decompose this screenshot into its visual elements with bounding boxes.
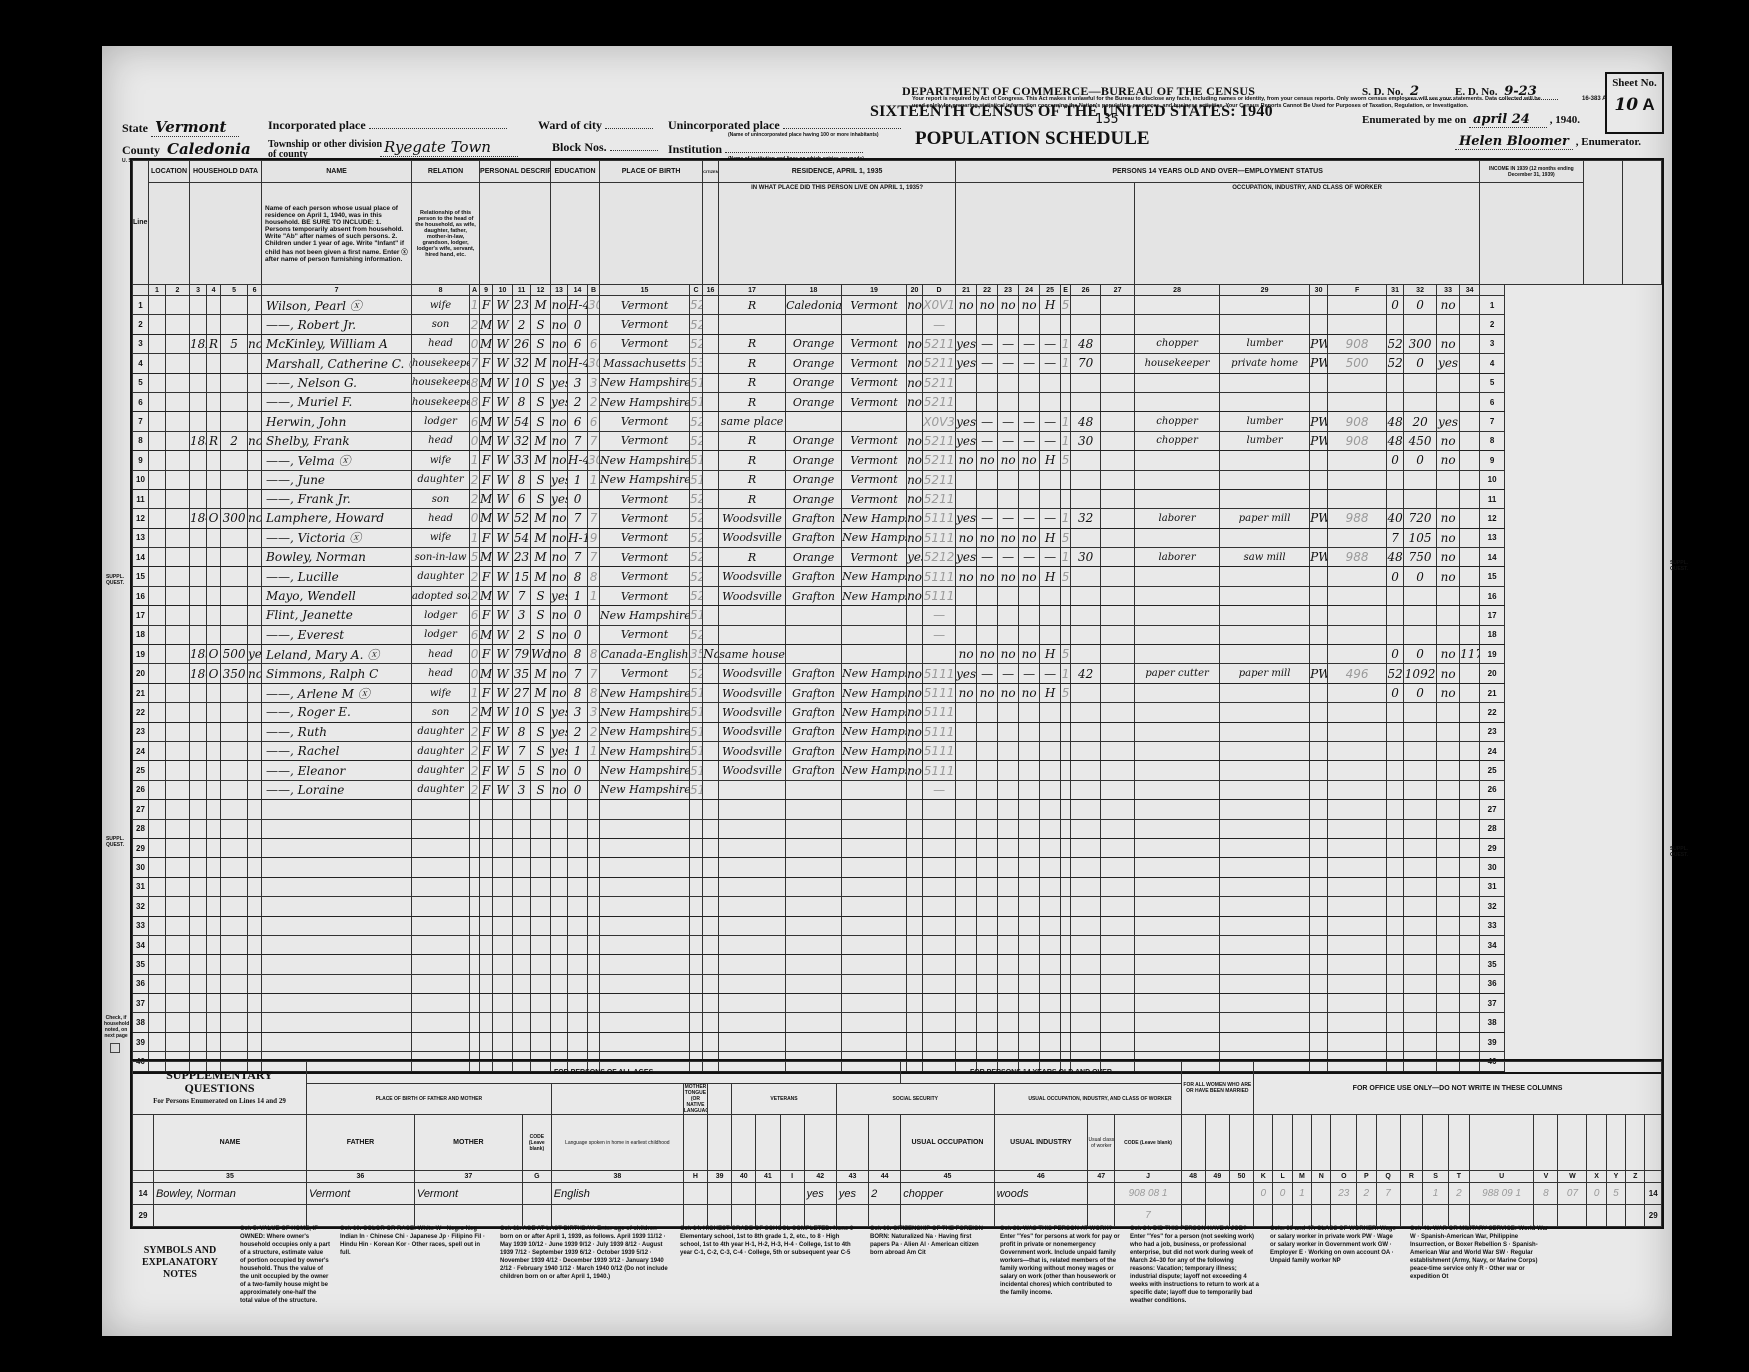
supp-cell-c40[interactable]	[732, 1183, 756, 1205]
cell-c23[interactable]	[998, 489, 1019, 508]
cell-frm[interactable]	[248, 451, 262, 470]
cell-farm[interactable]	[907, 645, 923, 664]
cell-d[interactable]: 5212	[923, 548, 956, 567]
cell-ms[interactable]: S	[531, 334, 551, 353]
cell-cit[interactable]	[703, 664, 719, 683]
cell-state[interactable]: New Hampshire	[842, 703, 907, 722]
cell-sex[interactable]: M	[480, 548, 493, 567]
cell-e[interactable]: 1	[1061, 412, 1071, 431]
cell-rel[interactable]	[412, 916, 470, 935]
cell-c21[interactable]	[956, 897, 977, 916]
cell-wg[interactable]	[1404, 974, 1437, 993]
cell-house[interactable]	[166, 606, 190, 625]
cell-county[interactable]	[786, 858, 842, 877]
cell-city[interactable]	[719, 955, 786, 974]
cell-a[interactable]	[470, 935, 480, 954]
cell-occ[interactable]	[1135, 1032, 1220, 1051]
cell-race[interactable]: W	[493, 354, 513, 373]
cell-a[interactable]: 2	[470, 703, 480, 722]
cell-c[interactable]	[690, 877, 703, 896]
cell-hh[interactable]	[190, 838, 207, 857]
cell-cit[interactable]	[703, 877, 719, 896]
supp-cell-k[interactable]	[1254, 1205, 1273, 1227]
cell-house[interactable]	[166, 722, 190, 741]
cell-b[interactable]: 8	[588, 645, 600, 664]
cell-sex[interactable]	[480, 838, 493, 857]
cell-c24[interactable]: —	[1019, 431, 1040, 450]
cell-state[interactable]	[842, 1013, 907, 1032]
cell-name[interactable]: Flint, Jeanette	[262, 606, 412, 625]
supp-cell-n[interactable]	[1312, 1183, 1331, 1205]
supp-cell-p[interactable]	[1357, 1205, 1376, 1227]
cell-d[interactable]: 5111	[923, 683, 956, 702]
cell-d[interactable]: —	[923, 780, 956, 799]
cell-hrs[interactable]: 32	[1071, 509, 1101, 528]
cell-name[interactable]: Herwin, John	[262, 412, 412, 431]
supp-cell-z[interactable]	[1626, 1205, 1645, 1227]
cell-state[interactable]: New Hampshire	[842, 722, 907, 741]
cell-cit[interactable]	[703, 741, 719, 760]
cell-occ[interactable]	[1135, 994, 1220, 1013]
cell-oi[interactable]	[1437, 858, 1460, 877]
supp-cell-name[interactable]: Bowley, Norman	[153, 1183, 306, 1205]
cell-farmno[interactable]	[1460, 606, 1480, 625]
cell-a[interactable]: 1	[470, 296, 480, 315]
cell-house[interactable]	[166, 800, 190, 819]
cell-c22[interactable]	[977, 373, 998, 392]
cell-c[interactable]: 52	[690, 509, 703, 528]
cell-own[interactable]	[207, 451, 221, 470]
cell-val[interactable]	[221, 315, 248, 334]
cell-race[interactable]	[493, 897, 513, 916]
cell-occ[interactable]	[1135, 703, 1220, 722]
cell-birth[interactable]: Massachusetts	[600, 354, 690, 373]
cell-frm[interactable]	[248, 489, 262, 508]
cell-farm[interactable]: no	[907, 703, 923, 722]
cell-sex[interactable]: F	[480, 761, 493, 780]
cell-c24[interactable]	[1019, 741, 1040, 760]
cell-c21[interactable]	[956, 974, 977, 993]
cell-name[interactable]: Bowley, Norman	[262, 548, 412, 567]
cell-hh[interactable]: 186	[190, 664, 207, 683]
cell-wg[interactable]	[1404, 994, 1437, 1013]
cell-e[interactable]: 1	[1061, 431, 1071, 450]
cell-birth[interactable]	[600, 838, 690, 857]
cell-c[interactable]	[690, 897, 703, 916]
cell-ind[interactable]	[1220, 722, 1310, 741]
cell-gr[interactable]: 8	[568, 683, 588, 702]
cell-a[interactable]: 1	[470, 451, 480, 470]
cell-birth[interactable]	[600, 800, 690, 819]
cell-c23[interactable]	[998, 703, 1019, 722]
cell-birth[interactable]	[600, 994, 690, 1013]
cell-c21[interactable]	[956, 916, 977, 935]
cell-wk[interactable]	[1387, 935, 1404, 954]
cell-d[interactable]	[923, 645, 956, 664]
cell-house[interactable]	[166, 683, 190, 702]
cell-att[interactable]	[551, 1013, 568, 1032]
cell-wk[interactable]: 52	[1387, 354, 1404, 373]
cell-c22[interactable]: no	[977, 683, 998, 702]
cell-e[interactable]	[1061, 800, 1071, 819]
cell-street[interactable]	[149, 761, 166, 780]
cell-rel[interactable]	[412, 974, 470, 993]
cell-c25[interactable]	[1040, 974, 1061, 993]
cell-cit[interactable]	[703, 955, 719, 974]
cell-occ[interactable]	[1135, 819, 1220, 838]
cell-farmno[interactable]	[1460, 392, 1480, 411]
cell-hrs[interactable]	[1071, 741, 1101, 760]
cell-e[interactable]	[1061, 974, 1071, 993]
cell-city[interactable]: Woodsville	[719, 509, 786, 528]
cell-c21[interactable]	[956, 392, 977, 411]
cell-state[interactable]	[842, 974, 907, 993]
cell-cw[interactable]: PW	[1310, 509, 1328, 528]
cell-rel[interactable]: son	[412, 703, 470, 722]
cell-race[interactable]	[493, 935, 513, 954]
cell-sex[interactable]	[480, 800, 493, 819]
cell-d[interactable]: 5111	[923, 703, 956, 722]
cell-farmno[interactable]	[1460, 761, 1480, 780]
cell-rel[interactable]	[412, 1013, 470, 1032]
cell-hh[interactable]: 184	[190, 509, 207, 528]
cell-name[interactable]: McKinley, William A	[262, 334, 412, 353]
cell-ind[interactable]: lumber	[1220, 412, 1310, 431]
cell-b[interactable]: 8	[588, 567, 600, 586]
cell-ms[interactable]: M	[531, 509, 551, 528]
cell-name[interactable]: ——, Victoria ⓧ	[262, 528, 412, 547]
cell-hh[interactable]	[190, 994, 207, 1013]
cell-e[interactable]	[1061, 780, 1071, 799]
cell-frm[interactable]: yes	[248, 645, 262, 664]
cell-oi[interactable]	[1437, 838, 1460, 857]
supp-cell-c41[interactable]	[756, 1183, 780, 1205]
cell-hrs[interactable]: 48	[1071, 334, 1101, 353]
cell-occ[interactable]: laborer	[1135, 509, 1220, 528]
cell-d[interactable]	[923, 819, 956, 838]
cell-ind[interactable]	[1220, 373, 1310, 392]
cell-own[interactable]	[207, 373, 221, 392]
cell-own[interactable]	[207, 877, 221, 896]
cell-d[interactable]: —	[923, 315, 956, 334]
cell-city[interactable]: R	[719, 392, 786, 411]
cell-street[interactable]	[149, 373, 166, 392]
cell-own[interactable]: O	[207, 664, 221, 683]
cell-cw[interactable]	[1310, 780, 1328, 799]
cell-c21[interactable]: yes	[956, 431, 977, 450]
cell-c24[interactable]	[1019, 470, 1040, 489]
cell-ind[interactable]	[1220, 761, 1310, 780]
cell-name[interactable]: ——, Ruth	[262, 722, 412, 741]
cell-c[interactable]: 51	[690, 606, 703, 625]
supp-cell-c49[interactable]	[1205, 1183, 1229, 1205]
cell-house[interactable]	[166, 548, 190, 567]
cell-hh[interactable]	[190, 897, 207, 916]
cell-c27[interactable]	[1101, 334, 1135, 353]
cell-age[interactable]	[513, 838, 531, 857]
cell-oi[interactable]	[1437, 974, 1460, 993]
cell-sex[interactable]: F	[480, 451, 493, 470]
cell-cit[interactable]	[703, 412, 719, 431]
cell-frm[interactable]	[248, 354, 262, 373]
cell-street[interactable]	[149, 858, 166, 877]
cell-cw[interactable]	[1310, 373, 1328, 392]
cell-hh[interactable]	[190, 1013, 207, 1032]
cell-att[interactable]: yes	[551, 373, 568, 392]
cell-farm[interactable]	[907, 819, 923, 838]
cell-b[interactable]: 1	[588, 741, 600, 760]
supp-cell-c44[interactable]: 2	[869, 1183, 901, 1205]
cell-d[interactable]	[923, 994, 956, 1013]
cell-c21[interactable]	[956, 741, 977, 760]
cell-c24[interactable]	[1019, 1013, 1040, 1032]
cell-c22[interactable]	[977, 1013, 998, 1032]
cell-c24[interactable]: no	[1019, 528, 1040, 547]
cell-city[interactable]	[719, 877, 786, 896]
cell-c22[interactable]	[977, 858, 998, 877]
cell-wg[interactable]	[1404, 1032, 1437, 1051]
cell-city[interactable]: Woodsville	[719, 722, 786, 741]
cell-wk[interactable]	[1387, 586, 1404, 605]
cell-f[interactable]	[1328, 722, 1387, 741]
cell-ms[interactable]	[531, 994, 551, 1013]
cell-c24[interactable]: no	[1019, 296, 1040, 315]
cell-race[interactable]: W	[493, 412, 513, 431]
cell-occ[interactable]	[1135, 567, 1220, 586]
cell-gr[interactable]: 0	[568, 489, 588, 508]
cell-cw[interactable]	[1310, 703, 1328, 722]
cell-farmno[interactable]	[1460, 819, 1480, 838]
cell-state[interactable]: Vermont	[842, 354, 907, 373]
cell-f[interactable]: 908	[1328, 431, 1387, 450]
cell-hh[interactable]: 182	[190, 334, 207, 353]
cell-c[interactable]	[690, 994, 703, 1013]
cell-wk[interactable]: 0	[1387, 296, 1404, 315]
cell-a[interactable]: 0	[470, 645, 480, 664]
cell-ms[interactable]: M	[531, 567, 551, 586]
cell-own[interactable]	[207, 994, 221, 1013]
cell-own[interactable]	[207, 722, 221, 741]
cell-farmno[interactable]	[1460, 800, 1480, 819]
cell-f[interactable]: 500	[1328, 354, 1387, 373]
cell-name[interactable]	[262, 800, 412, 819]
cell-c25[interactable]	[1040, 780, 1061, 799]
cell-wk[interactable]	[1387, 606, 1404, 625]
cell-age[interactable]: 54	[513, 528, 531, 547]
cell-att[interactable]: no	[551, 625, 568, 644]
cell-county[interactable]	[786, 1032, 842, 1051]
supp-cell-t[interactable]	[1448, 1205, 1469, 1227]
cell-farmno[interactable]	[1460, 509, 1480, 528]
cell-wk[interactable]: 7	[1387, 528, 1404, 547]
cell-farm[interactable]	[907, 935, 923, 954]
cell-cit[interactable]	[703, 1013, 719, 1032]
cell-rel[interactable]: head	[412, 645, 470, 664]
cell-hrs[interactable]	[1071, 645, 1101, 664]
cell-cit[interactable]	[703, 567, 719, 586]
cell-farm[interactable]: no	[907, 761, 923, 780]
cell-age[interactable]: 8	[513, 470, 531, 489]
cell-b[interactable]	[588, 780, 600, 799]
cell-f[interactable]	[1328, 819, 1387, 838]
cell-wg[interactable]	[1404, 897, 1437, 916]
cell-own[interactable]	[207, 935, 221, 954]
cell-val[interactable]	[221, 955, 248, 974]
cell-cit[interactable]	[703, 296, 719, 315]
cell-c24[interactable]	[1019, 780, 1040, 799]
cell-c23[interactable]: no	[998, 645, 1019, 664]
supp-cell-m[interactable]	[1292, 1205, 1311, 1227]
cell-race[interactable]: W	[493, 296, 513, 315]
cell-hrs[interactable]	[1071, 489, 1101, 508]
cell-hrs[interactable]	[1071, 528, 1101, 547]
cell-race[interactable]	[493, 1013, 513, 1032]
cell-own[interactable]	[207, 819, 221, 838]
cell-age[interactable]: 32	[513, 354, 531, 373]
cell-age[interactable]	[513, 800, 531, 819]
cell-city[interactable]: R	[719, 470, 786, 489]
cell-f[interactable]	[1328, 955, 1387, 974]
cell-f[interactable]	[1328, 858, 1387, 877]
cell-race[interactable]: W	[493, 761, 513, 780]
cell-cit[interactable]	[703, 1032, 719, 1051]
cell-street[interactable]	[149, 800, 166, 819]
cell-d[interactable]	[923, 897, 956, 916]
cell-a[interactable]: 2	[470, 761, 480, 780]
cell-hrs[interactable]: 48	[1071, 412, 1101, 431]
cell-house[interactable]	[166, 819, 190, 838]
cell-occ[interactable]	[1135, 974, 1220, 993]
cell-val[interactable]	[221, 586, 248, 605]
cell-d[interactable]: —	[923, 606, 956, 625]
cell-hrs[interactable]: 70	[1071, 354, 1101, 373]
cell-c27[interactable]	[1101, 373, 1135, 392]
cell-att[interactable]: no	[551, 334, 568, 353]
cell-f[interactable]	[1328, 296, 1387, 315]
cell-gr[interactable]: 8	[568, 567, 588, 586]
cell-birth[interactable]	[600, 955, 690, 974]
cell-cw[interactable]: PW	[1310, 354, 1328, 373]
supp-cell-s[interactable]: 1	[1423, 1183, 1449, 1205]
cell-a[interactable]	[470, 819, 480, 838]
cell-occ[interactable]	[1135, 645, 1220, 664]
cell-street[interactable]	[149, 819, 166, 838]
cell-c22[interactable]	[977, 935, 998, 954]
cell-a[interactable]: 0	[470, 664, 480, 683]
cell-e[interactable]	[1061, 838, 1071, 857]
cell-age[interactable]: 79	[513, 645, 531, 664]
cell-name[interactable]: ——, Everest	[262, 625, 412, 644]
cell-c25[interactable]: —	[1040, 509, 1061, 528]
supp-cell-p[interactable]: 2	[1357, 1183, 1376, 1205]
cell-c21[interactable]	[956, 819, 977, 838]
cell-occ[interactable]	[1135, 761, 1220, 780]
cell-c[interactable]: 51	[690, 761, 703, 780]
cell-e[interactable]: 5	[1061, 296, 1071, 315]
cell-farm[interactable]: no	[907, 683, 923, 702]
cell-oi[interactable]: no	[1437, 431, 1460, 450]
cell-sex[interactable]: M	[480, 431, 493, 450]
cell-c25[interactable]	[1040, 858, 1061, 877]
cell-c22[interactable]	[977, 761, 998, 780]
cell-rel[interactable]: daughter	[412, 741, 470, 760]
cell-e[interactable]	[1061, 1013, 1071, 1032]
cell-b[interactable]: 2	[588, 722, 600, 741]
cell-c27[interactable]	[1101, 567, 1135, 586]
cell-c27[interactable]	[1101, 722, 1135, 741]
cell-c25[interactable]	[1040, 606, 1061, 625]
cell-f[interactable]	[1328, 780, 1387, 799]
supp-cell-y[interactable]: 5	[1606, 1183, 1625, 1205]
cell-frm[interactable]	[248, 1032, 262, 1051]
cell-race[interactable]: W	[493, 373, 513, 392]
cell-age[interactable]	[513, 955, 531, 974]
cell-e[interactable]	[1061, 625, 1071, 644]
supp-cell-c39[interactable]	[708, 1183, 732, 1205]
cell-race[interactable]: W	[493, 722, 513, 741]
cell-wk[interactable]: 48	[1387, 548, 1404, 567]
cell-county[interactable]: Grafton	[786, 509, 842, 528]
cell-own[interactable]	[207, 586, 221, 605]
cell-c23[interactable]: no	[998, 451, 1019, 470]
cell-val[interactable]	[221, 548, 248, 567]
cell-c23[interactable]: —	[998, 354, 1019, 373]
cell-age[interactable]	[513, 877, 531, 896]
cell-wk[interactable]	[1387, 800, 1404, 819]
cell-oi[interactable]	[1437, 935, 1460, 954]
cell-a[interactable]	[470, 916, 480, 935]
cell-cit[interactable]	[703, 780, 719, 799]
cell-a[interactable]	[470, 858, 480, 877]
cell-street[interactable]	[149, 664, 166, 683]
cell-ms[interactable]	[531, 897, 551, 916]
cell-wk[interactable]	[1387, 1032, 1404, 1051]
cell-d[interactable]: 5211	[923, 451, 956, 470]
cell-c[interactable]	[690, 974, 703, 993]
cell-c23[interactable]	[998, 761, 1019, 780]
cell-c27[interactable]	[1101, 858, 1135, 877]
cell-farm[interactable]	[907, 780, 923, 799]
cell-farmno[interactable]	[1460, 334, 1480, 353]
cell-c[interactable]: 52	[690, 431, 703, 450]
cell-f[interactable]: 496	[1328, 664, 1387, 683]
supp-cell-z[interactable]	[1626, 1183, 1645, 1205]
cell-c25[interactable]: H	[1040, 296, 1061, 315]
cell-name[interactable]: Marshall, Catherine C. ⓧ	[262, 354, 412, 373]
cell-street[interactable]	[149, 935, 166, 954]
cell-street[interactable]	[149, 916, 166, 935]
cell-c27[interactable]	[1101, 354, 1135, 373]
cell-street[interactable]	[149, 548, 166, 567]
cell-c24[interactable]: —	[1019, 334, 1040, 353]
cell-rel[interactable]: housekeeper's son	[412, 373, 470, 392]
cell-cw[interactable]: PW	[1310, 412, 1328, 431]
cell-b[interactable]	[588, 1013, 600, 1032]
cell-rel[interactable]: lodger	[412, 606, 470, 625]
cell-cit[interactable]	[703, 392, 719, 411]
cell-occ[interactable]	[1135, 392, 1220, 411]
cell-oi[interactable]	[1437, 586, 1460, 605]
cell-b[interactable]	[588, 761, 600, 780]
cell-sex[interactable]: M	[480, 412, 493, 431]
cell-oi[interactable]	[1437, 916, 1460, 935]
cell-county[interactable]: Orange	[786, 354, 842, 373]
cell-c27[interactable]	[1101, 994, 1135, 1013]
cell-street[interactable]	[149, 683, 166, 702]
supp-cell-i[interactable]	[780, 1183, 804, 1205]
cell-c[interactable]: 52	[690, 586, 703, 605]
cell-frm[interactable]	[248, 722, 262, 741]
